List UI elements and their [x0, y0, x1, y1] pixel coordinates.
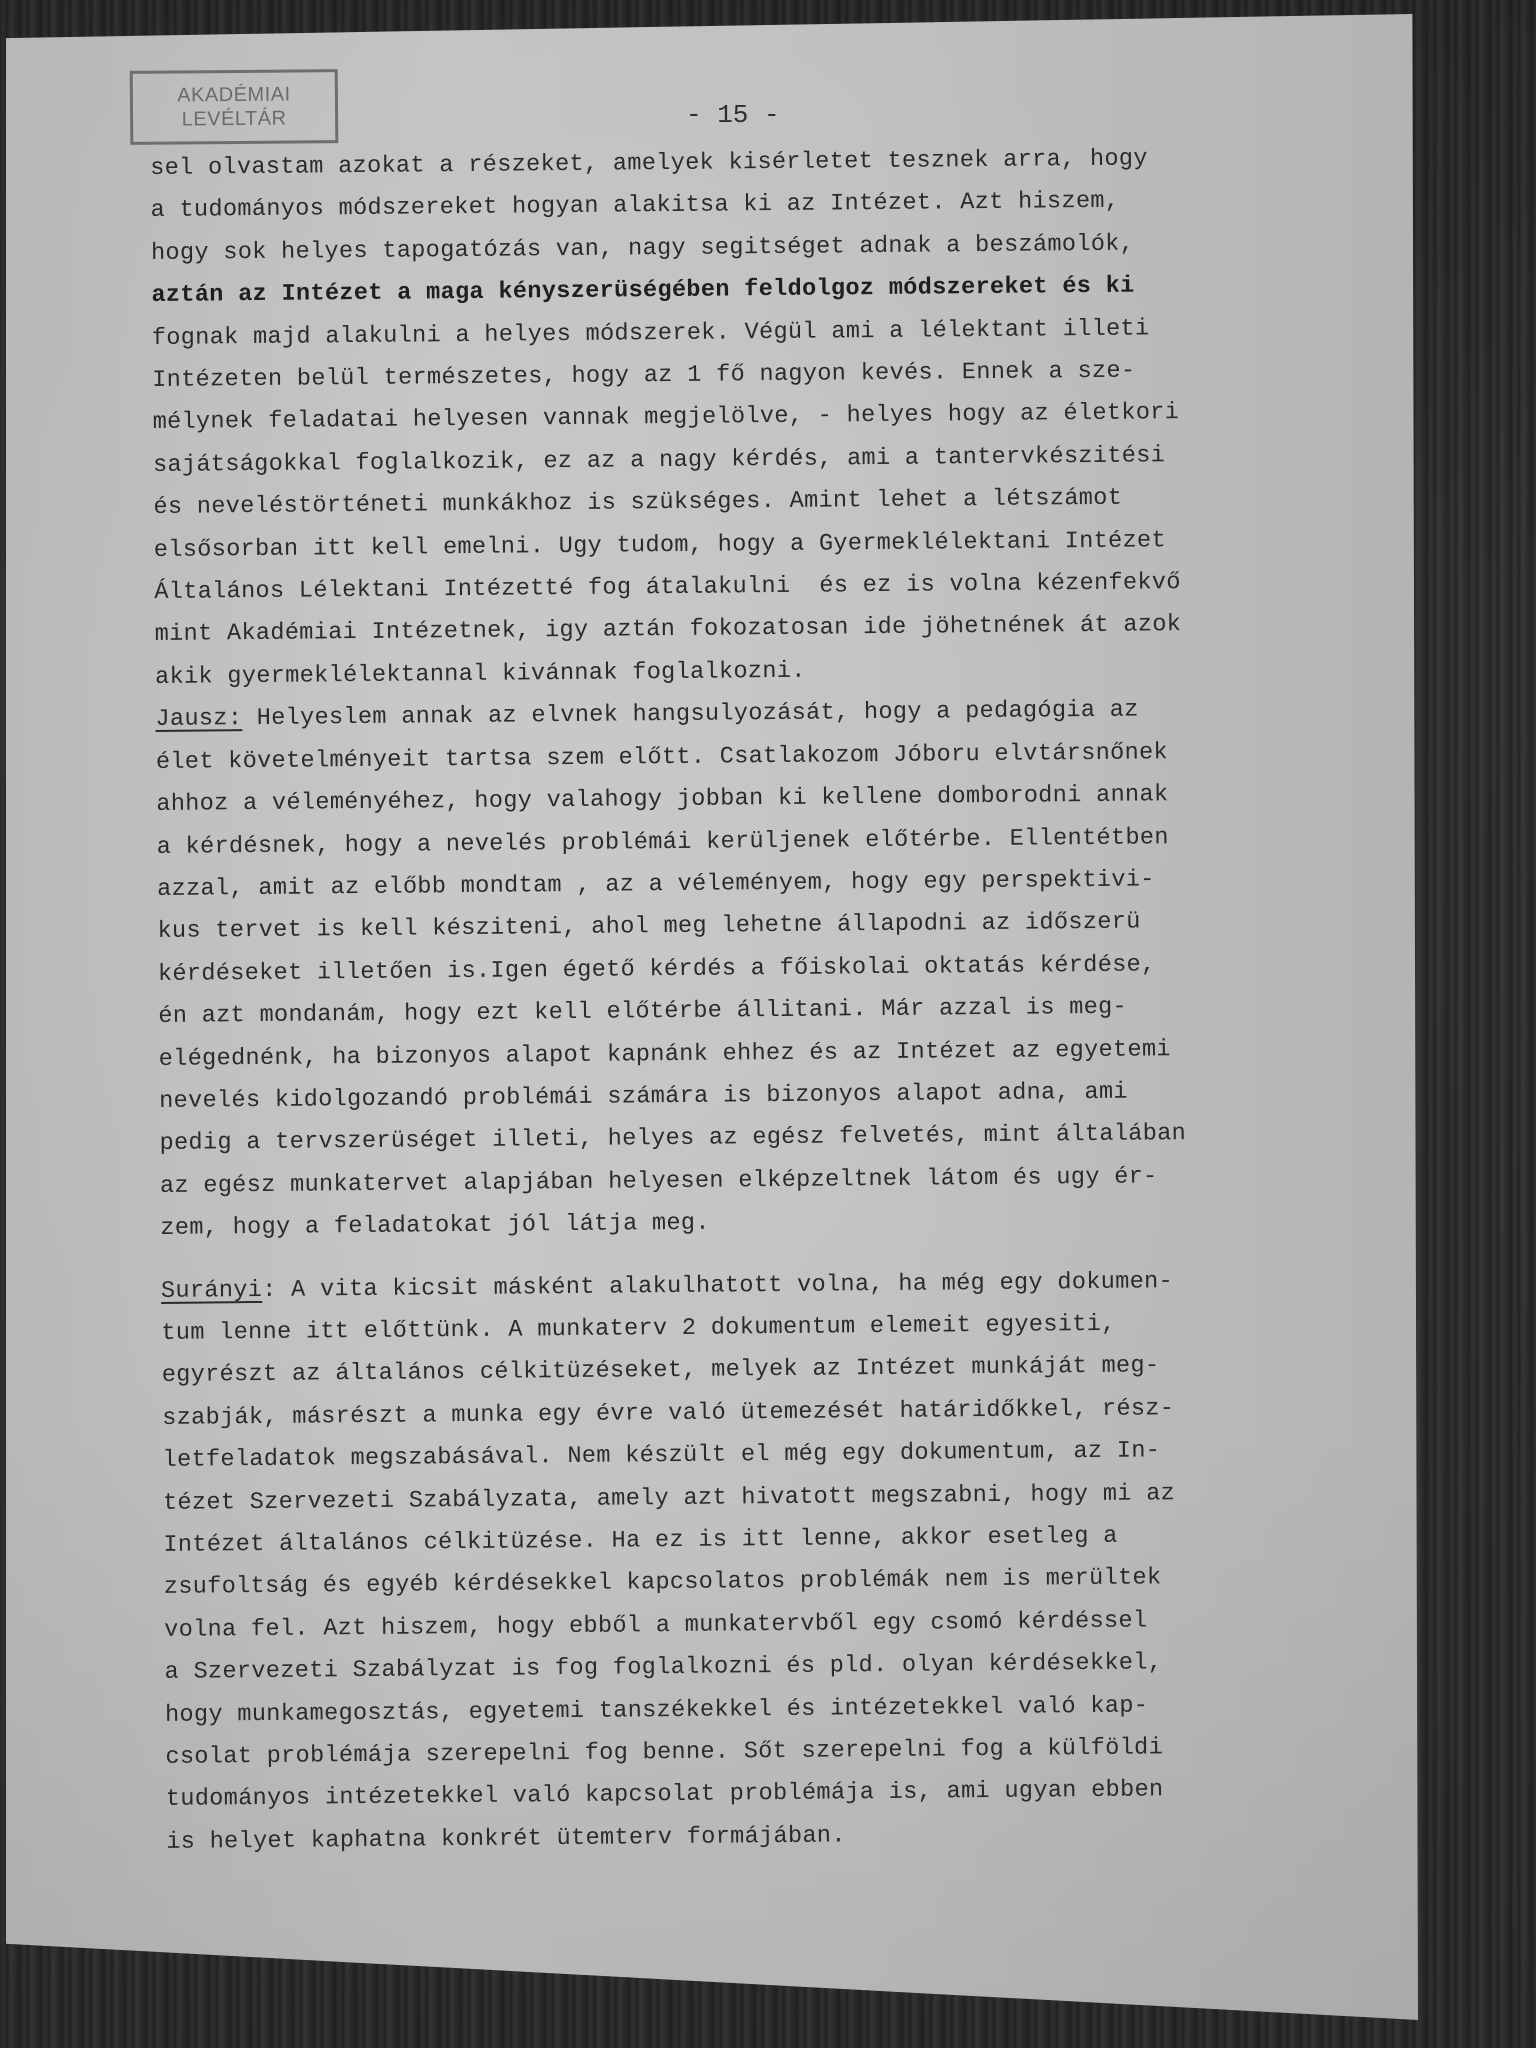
stamp-line-1: AKADÉMIAI: [133, 82, 335, 108]
archive-stamp: AKADÉMIAI LEVÉLTÁR: [130, 69, 339, 145]
paragraph-suranyi: Surányi: A vita kicsit másként alakulhat…: [161, 1258, 1437, 1864]
page-number: - 15 -: [686, 100, 780, 130]
speaker-name-jausz: Jausz:: [155, 705, 242, 733]
speaker-name-suranyi: Surányi: [161, 1277, 262, 1305]
speaker-text: Helyeslem annak az elvnek hangsulyozását…: [242, 697, 1139, 733]
document-body: sel olvastam azokat a részeket, amelyek …: [150, 136, 1436, 1864]
paragraph-1: sel olvastam azokat a részeket, amelyek …: [150, 136, 1425, 699]
speaker-text: : A vita kicsit másként alakulhatott vol…: [262, 1268, 1173, 1304]
stamp-line-2: LEVÉLTÁR: [133, 106, 335, 132]
paragraph-jausz: Jausz: Helyeslem annak az elvnek hangsul…: [155, 687, 1430, 1250]
